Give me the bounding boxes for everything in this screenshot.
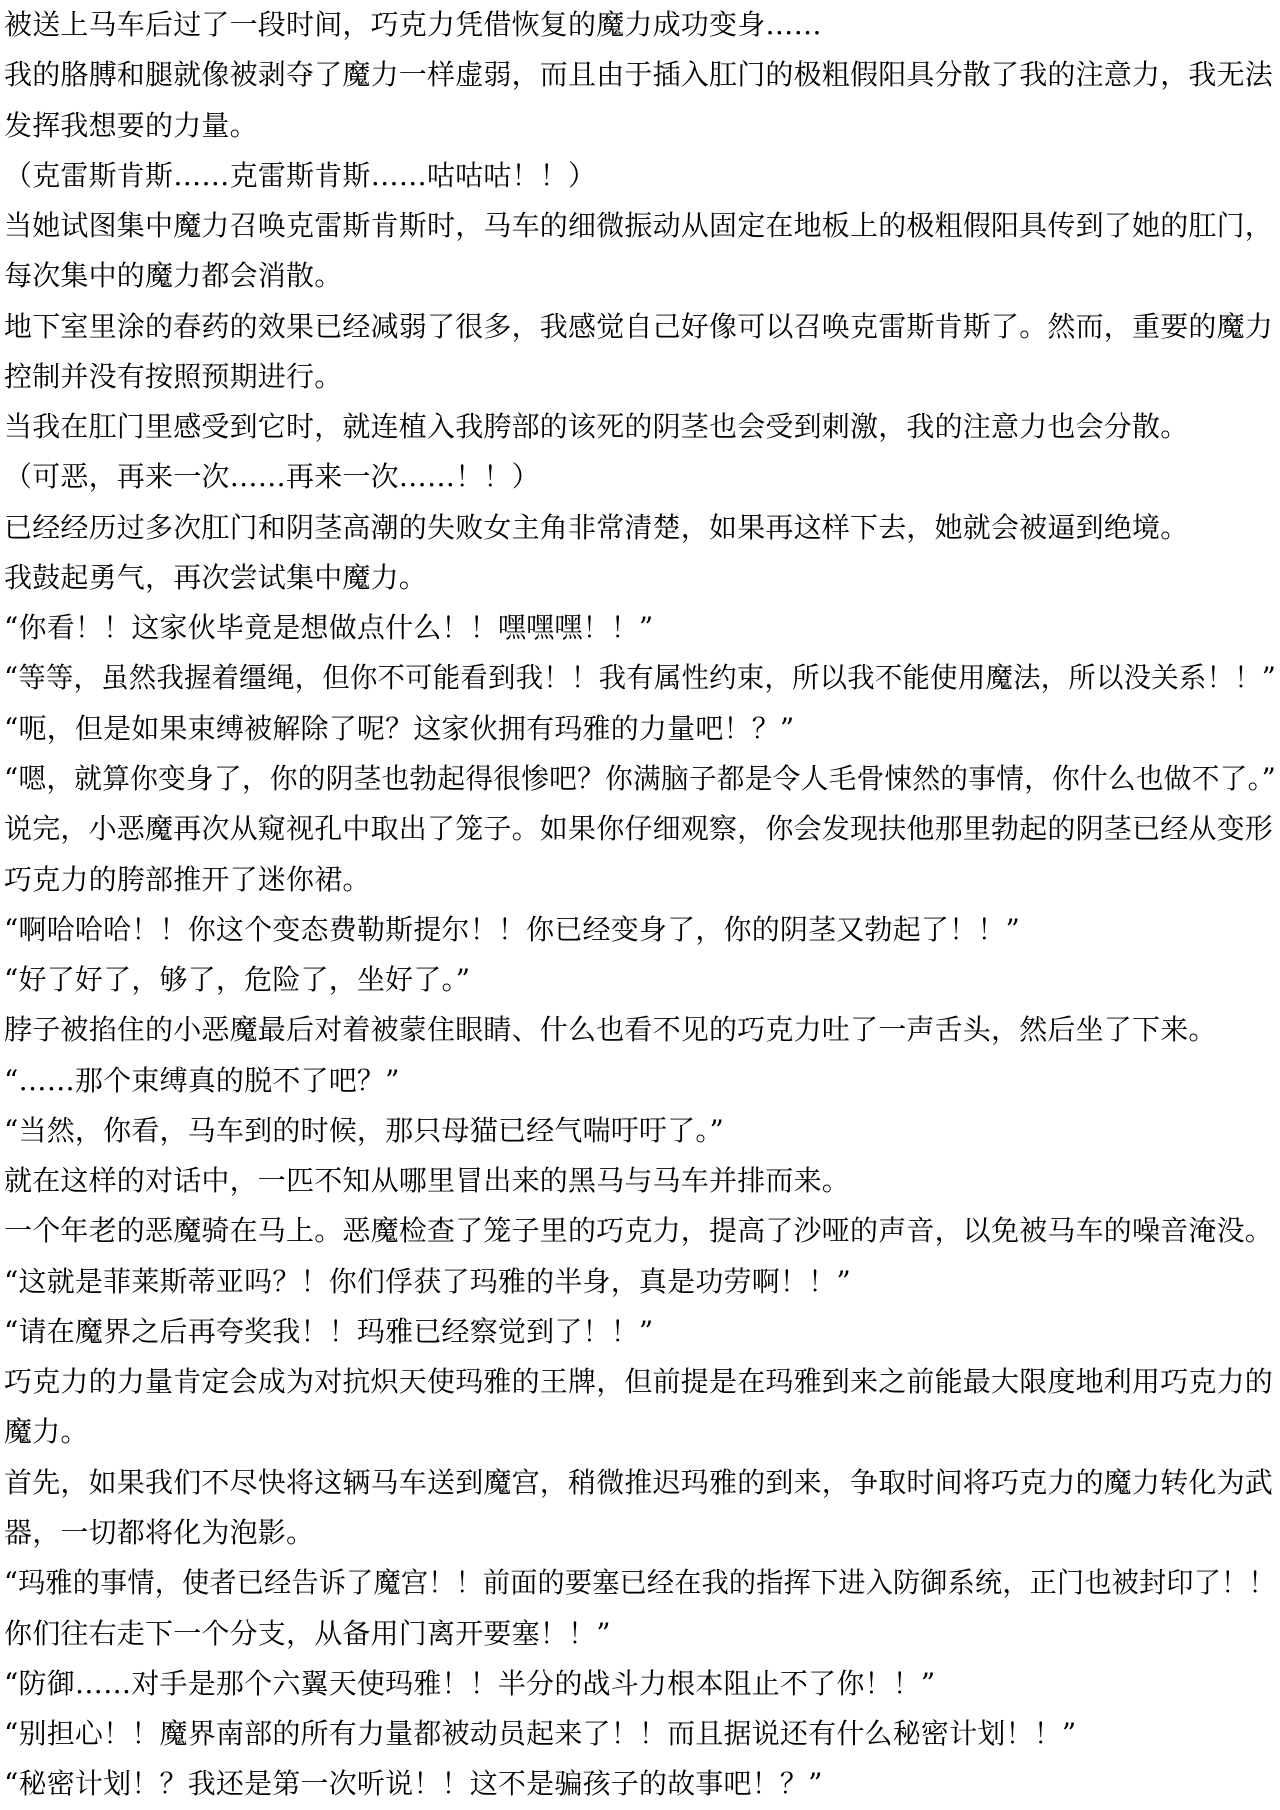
text-line: （可恶，再来一次……再来一次……！！）: [4, 452, 1276, 502]
document-page: 被送上马车后过了一段时间，巧克力凭借恢复的魔力成功变身……我的胳膊和腿就像被剥夺…: [0, 0, 1280, 1810]
text-line: “这就是菲莱斯蒂亚吗？！你们俘获了玛雅的半身，真是功劳啊！！”: [4, 1257, 1276, 1307]
text-line: “嗯，就算你变身了，你的阴茎也勃起得很惨吧？你满脑子都是令人毛骨悚然的事情，你什…: [4, 754, 1264, 804]
text-line: 控制并没有按照预期进行。: [4, 352, 1276, 402]
text-line: “别担心！！魔界南部的所有力量都被动员起来了！！而且据说还有什么秘密计划！！”: [4, 1709, 1276, 1759]
text-line: 被送上马车后过了一段时间，巧克力凭借恢复的魔力成功变身……: [4, 0, 1276, 50]
text-line: 地下室里涂的春药的效果已经减弱了很多，我感觉自己好像可以召唤克雷斯肯斯了。然而，…: [4, 302, 1276, 352]
text-line: 我的胳膊和腿就像被剥夺了魔力一样虚弱，而且由于插入肛门的极粗假阳具分散了我的注意…: [4, 50, 1276, 100]
text-line: 每次集中的魔力都会消散。: [4, 251, 1276, 301]
text-line: 发挥我想要的力量。: [4, 101, 1276, 151]
text-line: 巧克力的力量肯定会成为对抗炽天使玛雅的王牌，但前提是在玛雅到来之前能最大限度地利…: [4, 1357, 1276, 1407]
text-line: “你看！！这家伙毕竟是想做点什么！！嘿嘿嘿！！”: [4, 603, 1276, 653]
text-line: （克雷斯肯斯……克雷斯肯斯……咕咕咕！！）: [4, 151, 1276, 201]
text-line: 脖子被掐住的小恶魔最后对着被蒙住眼睛、什么也看不见的巧克力吐了一声舌头，然后坐了…: [4, 1005, 1276, 1055]
text-line: 说完，小恶魔再次从窥视孔中取出了笼子。如果你仔细观察，你会发现扶他那里勃起的阴茎…: [4, 804, 1276, 854]
text-line: 巧克力的胯部推开了迷你裙。: [4, 855, 1276, 905]
text-line: “等等，虽然我握着缰绳，但你不可能看到我！！我有属性约束，所以我不能使用魔法，所…: [4, 653, 1251, 703]
text-line: “啊哈哈哈！！你这个变态费勒斯提尔！！你已经变身了，你的阴茎又勃起了！！”: [4, 905, 1276, 955]
text-line: 魔力。: [4, 1407, 1276, 1457]
text-line: 已经经历过多次肛门和阴茎高潮的失败女主角非常清楚，如果再这样下去，她就会被逼到绝…: [4, 503, 1276, 553]
text-line: “请在魔界之后再夸奖我！！玛雅已经察觉到了！！”: [4, 1307, 1276, 1357]
text-line: “当然，你看，马车到的时候，那只母猫已经气喘吁吁了。”: [4, 1106, 1276, 1156]
text-line: 就在这样的对话中，一匹不知从哪里冒出来的黑马与马车并排而来。: [4, 1156, 1276, 1206]
text-line: 当我在肛门里感受到它时，就连植入我胯部的该死的阴茎也会受到刺激，我的注意力也会分…: [4, 402, 1276, 452]
text-line: “……那个束缚真的脱不了吧？”: [4, 1056, 1276, 1106]
text-line: “玛雅的事情，使者已经告诉了魔宫！！前面的要塞已经在我的指挥下进入防御系统，正门…: [4, 1558, 1237, 1608]
text-line: 我鼓起勇气，再次尝试集中魔力。: [4, 553, 1276, 603]
text-line: 首先，如果我们不尽快将这辆马车送到魔宫，稍微推迟玛雅的到来，争取时间将巧克力的魔…: [4, 1458, 1276, 1508]
text-line: 你们往右走下一个分支，从备用门离开要塞！！”: [4, 1609, 1276, 1659]
text-line: 器，一切都将化为泡影。: [4, 1508, 1276, 1558]
text-line: 一个年老的恶魔骑在马上。恶魔检查了笼子里的巧克力，提高了沙哑的声音，以免被马车的…: [4, 1206, 1276, 1256]
text-line: 当她试图集中魔力召唤克雷斯肯斯时，马车的细微振动从固定在地板上的极粗假阳具传到了…: [4, 201, 1276, 251]
text-line: “防御……对手是那个六翼天使玛雅！！半分的战斗力根本阻止不了你！！”: [4, 1659, 1276, 1709]
text-line: “秘密计划！？我还是第一次听说！！这不是骗孩子的故事吧！？”: [4, 1759, 1276, 1809]
text-line: “好了好了，够了，危险了，坐好了。”: [4, 955, 1276, 1005]
text-line: “呃，但是如果束缚被解除了呢？这家伙拥有玛雅的力量吧！？”: [4, 704, 1276, 754]
